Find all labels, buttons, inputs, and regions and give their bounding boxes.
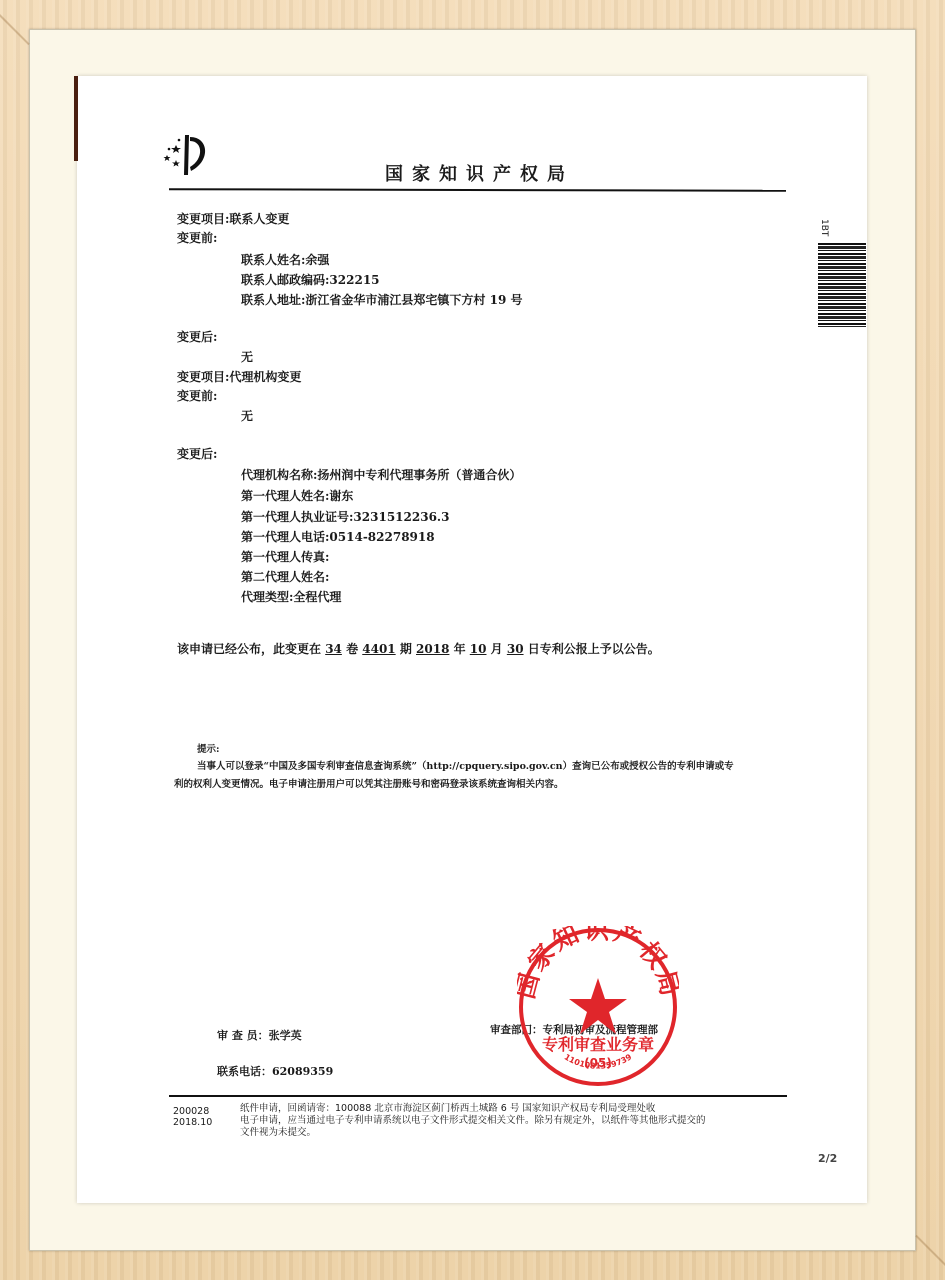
org-title: 国家知识产权局 (385, 160, 574, 186)
announcement-text: 年 (449, 642, 469, 656)
before-label-1: 变更前: (177, 229, 217, 246)
footer-line: 文件视为未提交。 (240, 1127, 316, 1138)
frame-corner (0, 14, 30, 45)
footer-divider (169, 1095, 787, 1097)
before-label-2: 变更前: (177, 387, 217, 404)
form-date: 2018.10 (173, 1117, 212, 1128)
after-label-2: 变更后: (177, 445, 217, 462)
year-value: 2018 (416, 642, 449, 656)
after-field: 第一代理人执业证号:3231512236.3 (241, 508, 449, 525)
notice-line: 利的权利人变更情况。电子申请注册用户可以凭其注册账号和密码登录该系统查询相关内容… (174, 776, 564, 790)
barcode (818, 243, 866, 327)
footer-line: 纸件申请，回函请寄：100088 北京市海淀区蓟门桥西土城路 6 号 国家知识产… (240, 1103, 655, 1114)
announcement-text: 期 (396, 642, 416, 656)
after-value-1: 无 (241, 348, 253, 365)
official-seal-icon: 国家知识产权局 专利审查业务章 (05) 1101081359739 (517, 926, 679, 1088)
volume-value: 34 (325, 642, 342, 656)
notice-title: 提示: (197, 741, 220, 755)
header-divider (169, 188, 786, 192)
month-value: 10 (470, 642, 487, 656)
after-field: 代理类型:全程代理 (241, 588, 341, 605)
announcement-text: 月 (486, 642, 506, 656)
before-value-2: 无 (241, 407, 253, 424)
issue-value: 4401 (362, 642, 395, 656)
announcement-text: 日专利公报上予以公告。 (524, 642, 660, 656)
change-item-1: 变更项目:联系人变更 (177, 210, 289, 227)
after-field: 第一代理人电话:0514-82278918 (241, 528, 435, 545)
cnipa-logo-icon (161, 131, 221, 177)
after-label-1: 变更后: (177, 328, 217, 345)
before-field: 联系人地址:浙江省金华市浦江县郑宅镇下方村 19 号 (241, 291, 523, 308)
notice-line: 当事人可以登录“中国及多国专利审查信息查询系统”（http://cpquery.… (197, 758, 734, 772)
examiner: 审 查 员：张学英 (217, 1027, 302, 1043)
paper-edge (74, 76, 78, 161)
svg-text:专利审查业务章: 专利审查业务章 (542, 1035, 654, 1054)
day-value: 30 (507, 642, 524, 656)
after-field: 第二代理人姓名: (241, 568, 329, 585)
before-field: 联系人邮政编码:322215 (241, 271, 380, 288)
form-code: 200028 (173, 1106, 209, 1117)
after-field: 第一代理人姓名:谢东 (241, 487, 353, 504)
announcement: 该申请已经公布，此变更在 34 卷 4401 期 2018 年 10 月 30 … (177, 640, 660, 657)
after-field: 代理机构名称:扬州润中专利代理事务所（普通合伙） (241, 466, 521, 483)
barcode-label: 1BT (819, 219, 829, 236)
before-field: 联系人姓名:余强 (241, 251, 329, 268)
change-item-2: 变更项目:代理机构变更 (177, 368, 301, 385)
document-page: 国家知识产权局 1BT 变更项目:联系人变更 变更前: 联系人姓名:余强 联系人… (77, 76, 867, 1203)
announcement-text: 卷 (342, 642, 362, 656)
frame-corner (915, 1235, 945, 1266)
footer-line: 电子申请，应当通过电子专利申请系统以电子文件形式提交相关文件。除另有规定外，以纸… (240, 1115, 706, 1126)
after-field: 第一代理人传真: (241, 548, 329, 565)
announcement-text: 该申请已经公布，此变更在 (177, 642, 325, 656)
page-number: 2/2 (818, 1152, 837, 1165)
examiner-phone: 联系电话：62089359 (217, 1063, 333, 1079)
svg-text:1101081359739: 1101081359739 (563, 1052, 634, 1071)
